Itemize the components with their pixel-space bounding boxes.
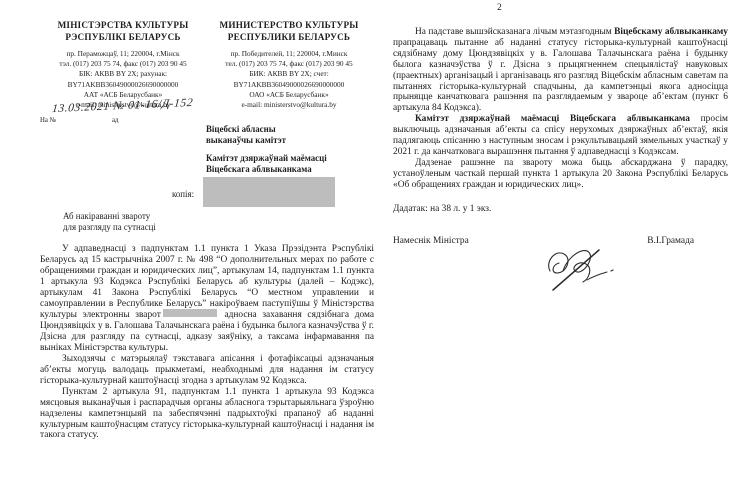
signer-title: Намеснік Міністра	[393, 236, 469, 246]
address-line: BY71AKBB36049000026690000000	[204, 80, 374, 90]
page2-body: На падставе вышэйсказанага лічым мэтазго…	[393, 27, 728, 246]
address-line: тэл. (017) 203 75 74, факс (017) 203 90 …	[38, 59, 208, 69]
body-paragraph: Камітэт дзяржаўнай маёмасці Віцебскага а…	[393, 114, 728, 158]
address-line: пр. Пераможцаў, 11; 220004, г.Мінск	[38, 49, 208, 59]
ministry-title-ru: МИНИСТЕРСТВО КУЛЬТУРЫ РЕСПУБЛИКИ БЕЛАРУС…	[204, 20, 374, 44]
address-line: пр. Победителей, 11; 220004, г.Минск	[204, 49, 374, 59]
attachment-note: Дадатак: на 38 л. у 1 экз.	[393, 204, 728, 214]
addressee-block: Віцебскі абласны выканаўчы камітэт Каміт…	[206, 124, 327, 174]
letterhead-russian: МИНИСТЕРСТВО КУЛЬТУРЫ РЕСПУБЛИКИ БЕЛАРУС…	[204, 20, 374, 110]
subject-line-1: Аб накіраванні звароту	[63, 211, 156, 222]
paragraph-text: прапрацаваць пытанне аб наданні статусу …	[393, 38, 728, 113]
page1-body: У адпаведнасці з падпунктам 1.1 пункта 1…	[40, 244, 374, 441]
body-paragraph: Зыходзячы с матэрыялаў тэкставага апісан…	[40, 354, 374, 387]
bold-committee-text: Камітэт дзяржаўнай маёмасці Віцебскага а…	[415, 114, 690, 124]
signer-name: В.І.Грамада	[647, 236, 694, 246]
ministry-title-by: МІНІСТЭРСТВА КУЛЬТУРЫ РЭСПУБЛІКІ БЕЛАРУС…	[38, 20, 208, 44]
bold-addressee-text: Віцебскаму аблвыканкаму	[614, 27, 728, 37]
signature-scribble	[543, 240, 625, 296]
page-number: 2	[497, 2, 502, 13]
addressee-line: Віцебскі абласны	[206, 124, 327, 135]
address-line: тел. (017) 203 75 74, факс (017) 203 90 …	[204, 59, 374, 69]
ministry-title-ru-line2: РЕСПУБЛИКИ БЕЛАРУСЬ	[204, 32, 374, 44]
addressee-line: выканаўчы камітэт	[206, 135, 327, 146]
address-line: БІК: АКВВ BY 2X; рахунак:	[38, 69, 208, 79]
paragraph-text: На падставе вышэйсказанага лічым мэтазго…	[415, 27, 614, 37]
addressee-line: Камітэт дзяржаўнай маёмасці	[206, 153, 327, 164]
copy-redaction-box	[203, 177, 335, 207]
form-ad-label: ад	[112, 117, 118, 124]
body-paragraph: Пунктам 2 артыкула 91, падпунктам 1.1 пу…	[40, 387, 374, 442]
subject-line: Аб накіраванні звароту для разгляду па с…	[63, 211, 156, 233]
ministry-title-by-line2: РЭСПУБЛІКІ БЕЛАРУСЬ	[38, 32, 208, 44]
ministry-title-by-line1: МІНІСТЭРСТВА КУЛЬТУРЫ	[38, 20, 208, 32]
scanned-letter-view: МІНІСТЭРСТВА КУЛЬТУРЫ РЭСПУБЛІКІ БЕЛАРУС…	[0, 0, 732, 488]
copy-label: копія:	[172, 189, 194, 199]
address-line: e-mail: ministerstvo@kultura.by	[204, 100, 374, 110]
form-na-label: На №	[40, 117, 56, 124]
body-paragraph: На падставе вышэйсказанага лічым мэтазго…	[393, 27, 728, 114]
inline-redaction-box	[163, 309, 217, 317]
subject-line-2: для разгляду па сутнасці	[63, 222, 156, 233]
address-line: ОАО «АСБ Беларусбанк»	[204, 90, 374, 100]
ministry-title-ru-line1: МИНИСТЕРСТВО КУЛЬТУРЫ	[204, 20, 374, 32]
address-line: BY71AKBB36049000026690000000	[38, 80, 208, 90]
addressee-line: Віцебскага аблвыканкама	[206, 164, 327, 175]
body-paragraph: Дадзенае рашэнне па звароту можа быць аб…	[393, 158, 728, 191]
ministry-address-ru: пр. Победителей, 11; 220004, г.Минск тел…	[204, 49, 374, 110]
addressee-committee: Камітэт дзяржаўнай маёмасці Віцебскага а…	[206, 153, 327, 175]
body-paragraph: У адпаведнасці з падпунктам 1.1 пункта 1…	[40, 244, 374, 354]
address-line: БИК: АКВВ BY 2X; счет:	[204, 69, 374, 79]
